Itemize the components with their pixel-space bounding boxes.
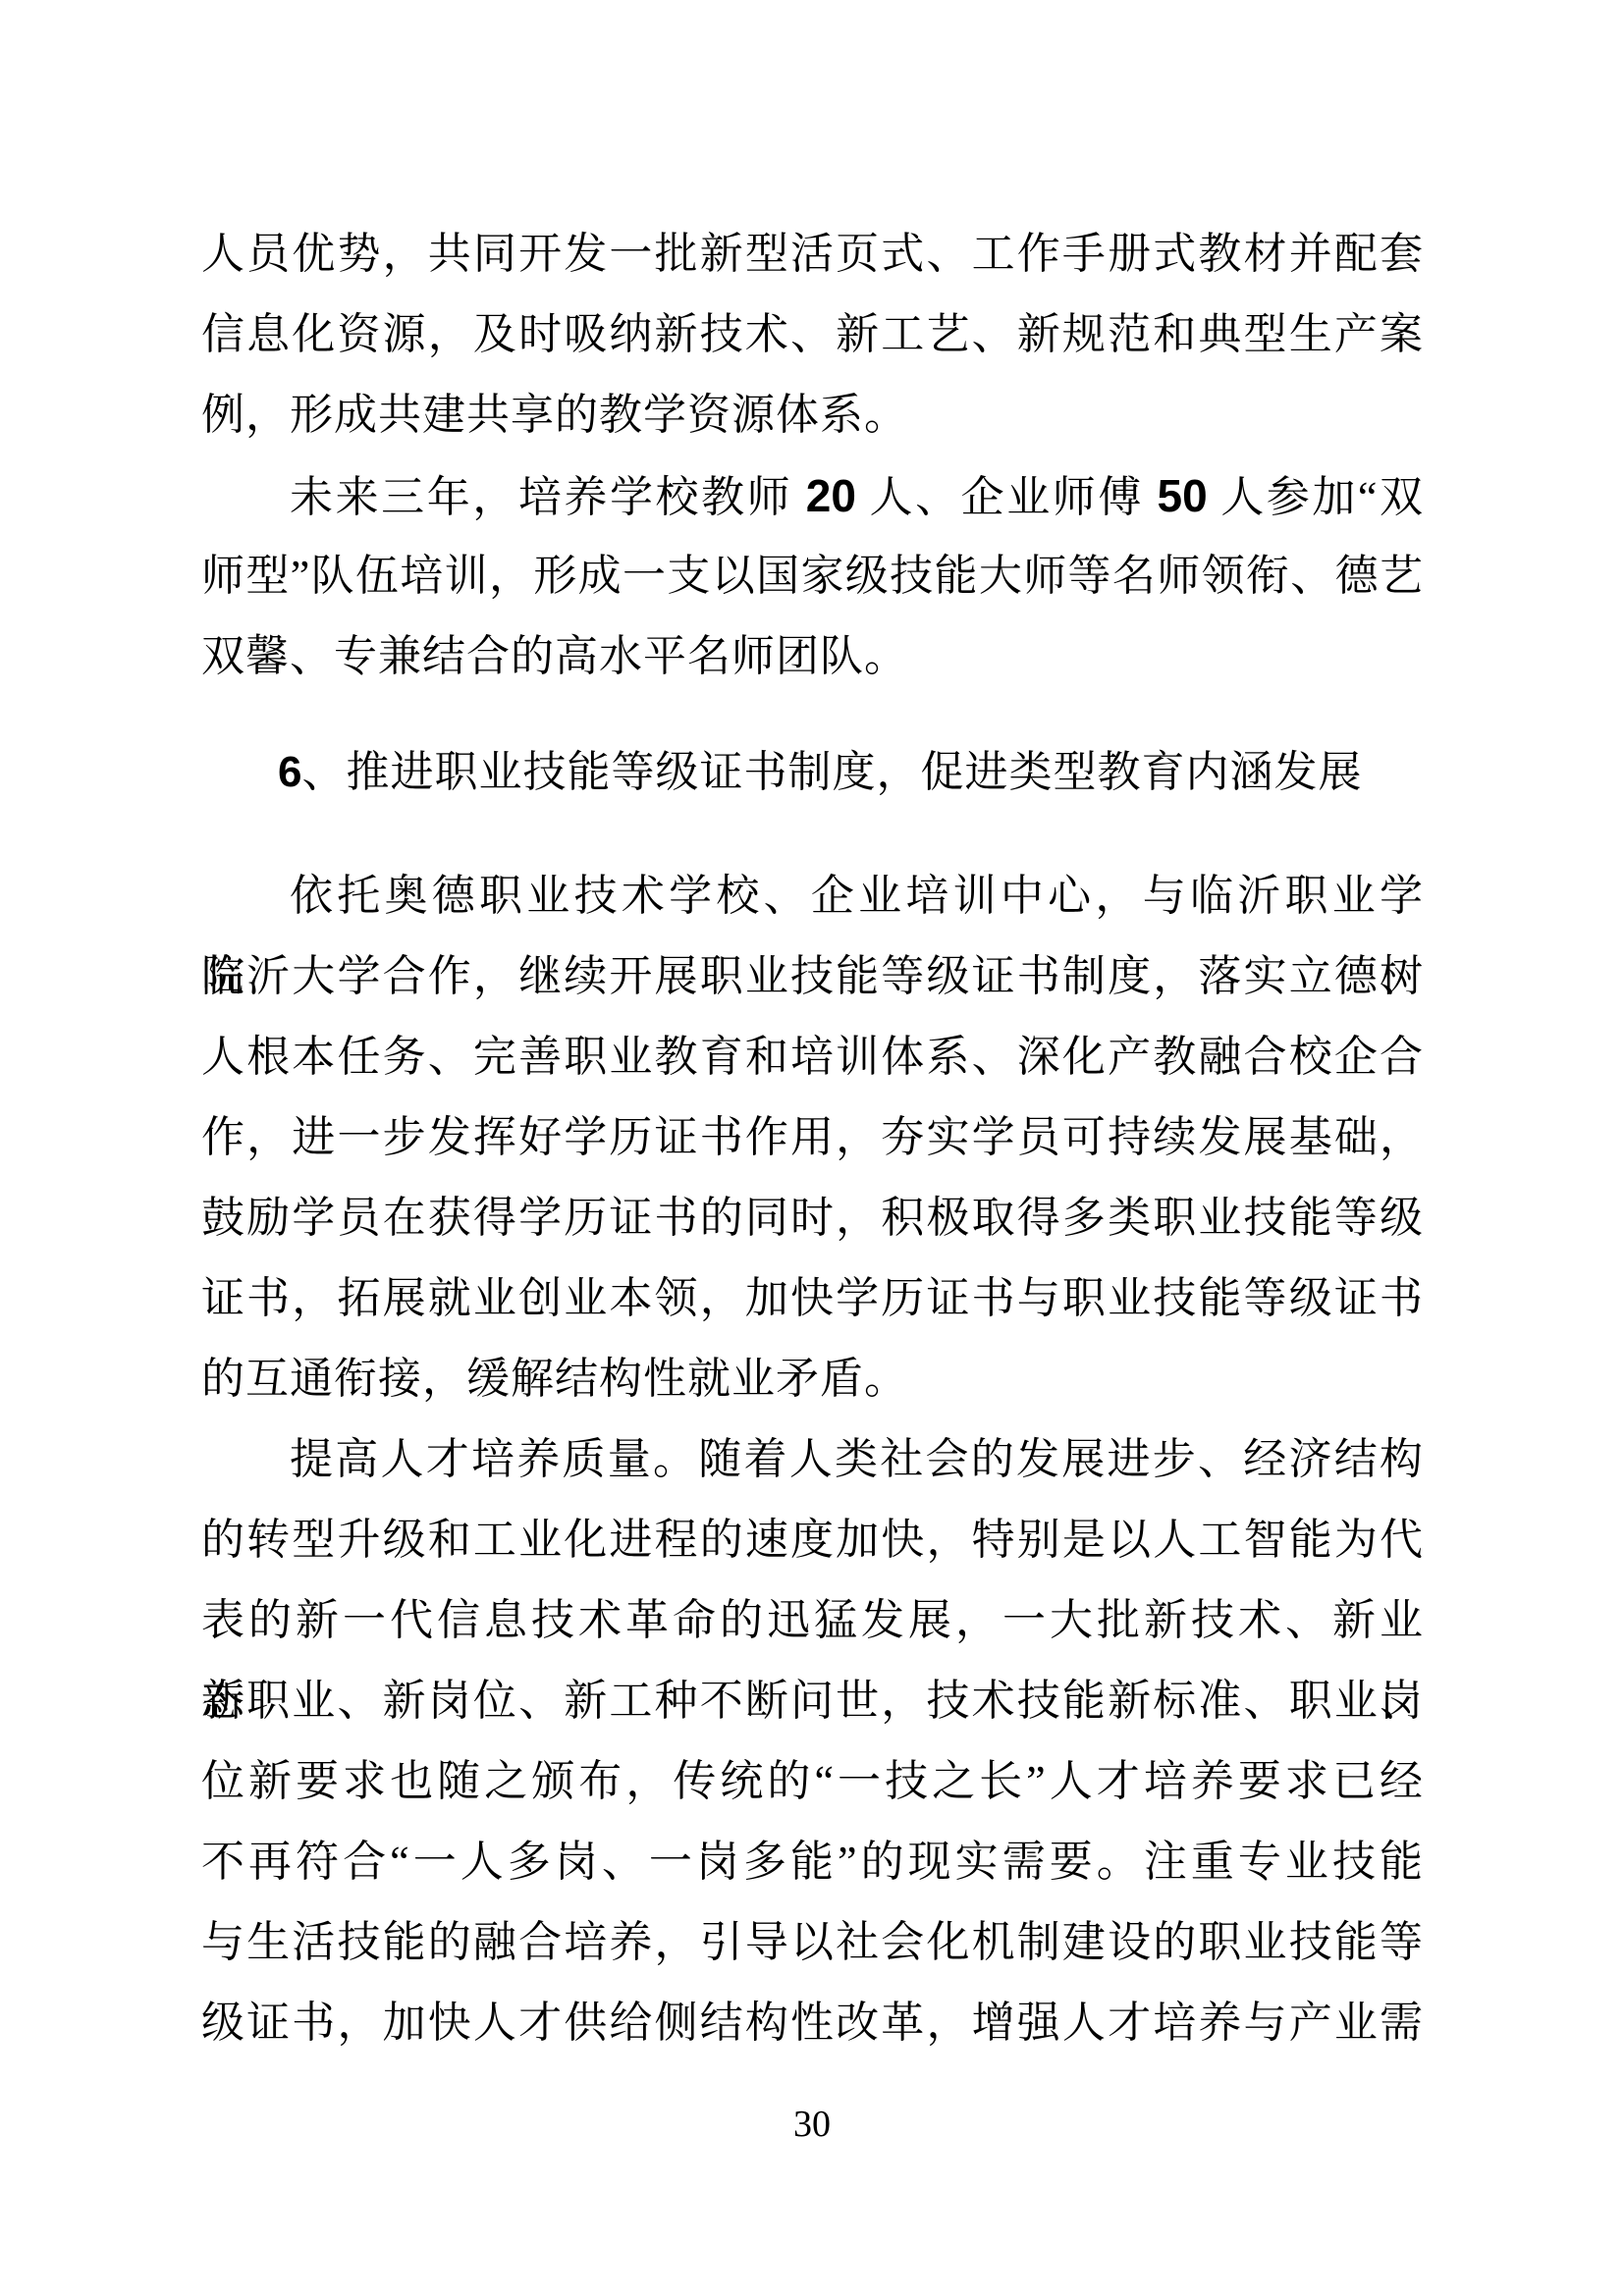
page-content: 人员优势，共同开发一批新型活页式、工作手册式教材并配套 信息化资源，及时吸纳新技…	[201, 214, 1424, 2063]
mentor-count: 50	[1157, 470, 1207, 521]
para3-line5: 鼓励学员在获得学历证书的同时，积极取得多类职业技能等级	[201, 1178, 1424, 1258]
para1-line1: 人员优势，共同开发一批新型活页式、工作手册式教材并配套	[201, 214, 1424, 294]
para3-line1: 依托奥德职业技术学校、企业培训中心，与临沂职业学院、	[201, 856, 1424, 936]
para2-line1-text3: 人参加“双	[1208, 473, 1424, 521]
para4-line2: 的转型升级和工业化进程的速度加快，特别是以人工智能为代	[201, 1500, 1424, 1580]
section-title: 、推进职业技能等级证书制度，促进类型教育内涵发展	[301, 748, 1362, 796]
para1-line3: 例，形成共建共享的教学资源体系。	[201, 375, 1424, 455]
para4-line4: 新职业、新岗位、新工种不断问世，技术技能新标准、职业岗	[201, 1661, 1424, 1741]
para2-line1: 未来三年，培养学校教师 20 人、企业师傅 50 人参加“双	[201, 455, 1424, 536]
para4-line5: 位新要求也随之颁布，传统的“一技之长”人才培养要求已经	[201, 1741, 1424, 1822]
para4-line3: 表的新一代信息技术革命的迅猛发展，一大批新技术、新业态、	[201, 1580, 1424, 1661]
para1-line2: 信息化资源，及时吸纳新技术、新工艺、新规范和典型生产案	[201, 294, 1424, 375]
para3-line6: 证书，拓展就业创业本领，加快学历证书与职业技能等级证书	[201, 1258, 1424, 1339]
para2-line2: 师型”队伍培训，形成一支以国家级技能大师等名师领衔、德艺	[201, 536, 1424, 616]
para4-line1: 提高人才培养质量。随着人类社会的发展进步、经济结构	[201, 1419, 1424, 1500]
para3-line2: 临沂大学合作，继续开展职业技能等级证书制度，落实立德树	[201, 936, 1424, 1017]
document-page: 人员优势，共同开发一批新型活页式、工作手册式教材并配套 信息化资源，及时吸纳新技…	[0, 0, 1624, 2296]
section-number: 6	[278, 748, 301, 796]
para4-line7: 与生活技能的融合培养，引导以社会化机制建设的职业技能等	[201, 1902, 1424, 1983]
para3-line7: 的互通衔接，缓解结构性就业矛盾。	[201, 1339, 1424, 1419]
para3-line3: 人根本任务、完善职业教育和培训体系、深化产教融合校企合	[201, 1017, 1424, 1097]
para3-line4: 作，进一步发挥好学历证书作用，夯实学员可持续发展基础，	[201, 1097, 1424, 1178]
para2-line3: 双馨、专兼结合的高水平名师团队。	[201, 616, 1424, 697]
para4-line6: 不再符合“一人多岗、一岗多能”的现实需要。注重专业技能	[201, 1822, 1424, 1902]
page-number: 30	[0, 2099, 1624, 2150]
para4-line8: 级证书，加快人才供给侧结构性改革，增强人才培养与产业需	[201, 1983, 1424, 2063]
para2-line1-text1: 未来三年，培养学校教师	[290, 473, 806, 521]
para2-line1-text2: 人、企业师傅	[856, 473, 1158, 521]
section-heading: 6、推进职业技能等级证书制度，促进类型教育内涵发展	[201, 732, 1424, 813]
teacher-count: 20	[806, 470, 856, 521]
